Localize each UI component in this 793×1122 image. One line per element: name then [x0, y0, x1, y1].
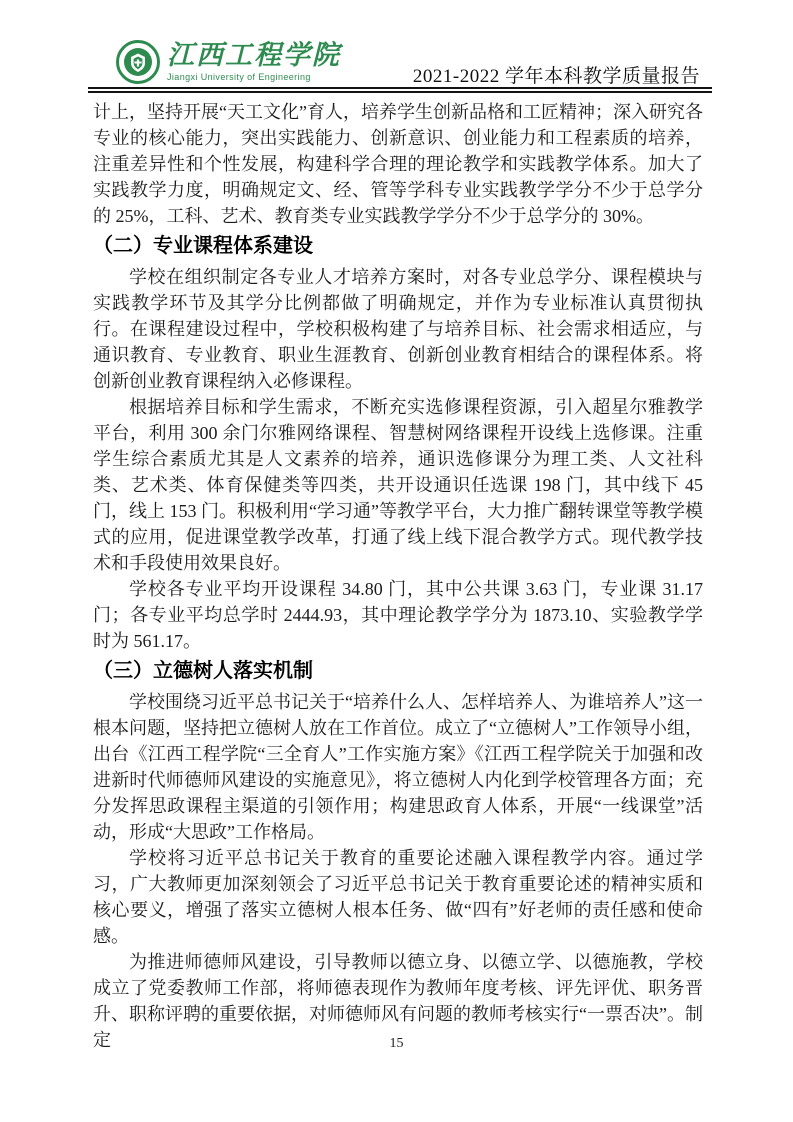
paragraph: 根据培养目标和学生需求，不断充实选修课程资源，引入超星尔雅教学平台，利用 300…: [93, 394, 703, 576]
section-heading-2: （二）专业课程体系建设: [93, 232, 703, 260]
university-name-en: Jiangxi University of Engineering: [167, 73, 341, 82]
paragraph: 学校围绕习近平总书记关于“培养什么人、怎样培养人、为谁培养人”这一根本问题，坚持…: [93, 689, 703, 845]
paragraph: 学校将习近平总书记关于教育的重要论述融入课程教学内容。通过学习，广大教师更加深刻…: [93, 845, 703, 949]
report-title: 2021-2022 学年本科教学质量报告: [413, 61, 700, 88]
page-number: 15: [0, 1036, 793, 1052]
section-heading-3: （三）立德树人落实机制: [93, 657, 703, 685]
document-body: 计上，坚持开展“天工文化”育人，培养学生创新品格和工匠精神；深入研究各专业的核心…: [93, 99, 703, 1053]
logo-names: 江西工程学院 Jiangxi University of Engineering: [167, 42, 341, 82]
university-logo: 江西工程学院 Jiangxi University of Engineering: [116, 40, 341, 84]
paragraph-continuation: 计上，坚持开展“天工文化”育人，培养学生创新品格和工匠精神；深入研究各专业的核心…: [93, 99, 703, 229]
report-page: 江西工程学院 Jiangxi University of Engineering…: [0, 0, 793, 1122]
page-header: 江西工程学院 Jiangxi University of Engineering…: [90, 40, 703, 90]
header-divider: [88, 87, 712, 93]
paragraph: 学校在组织制定各专业人才培养方案时，对各专业总学分、课程模块与实践教学环节及其学…: [93, 264, 703, 394]
university-seal-icon: [116, 40, 160, 84]
paragraph: 学校各专业平均开设课程 34.80 门，其中公共课 3.63 门，专业课 31.…: [93, 576, 703, 654]
university-name-cn: 江西工程学院: [167, 42, 341, 69]
